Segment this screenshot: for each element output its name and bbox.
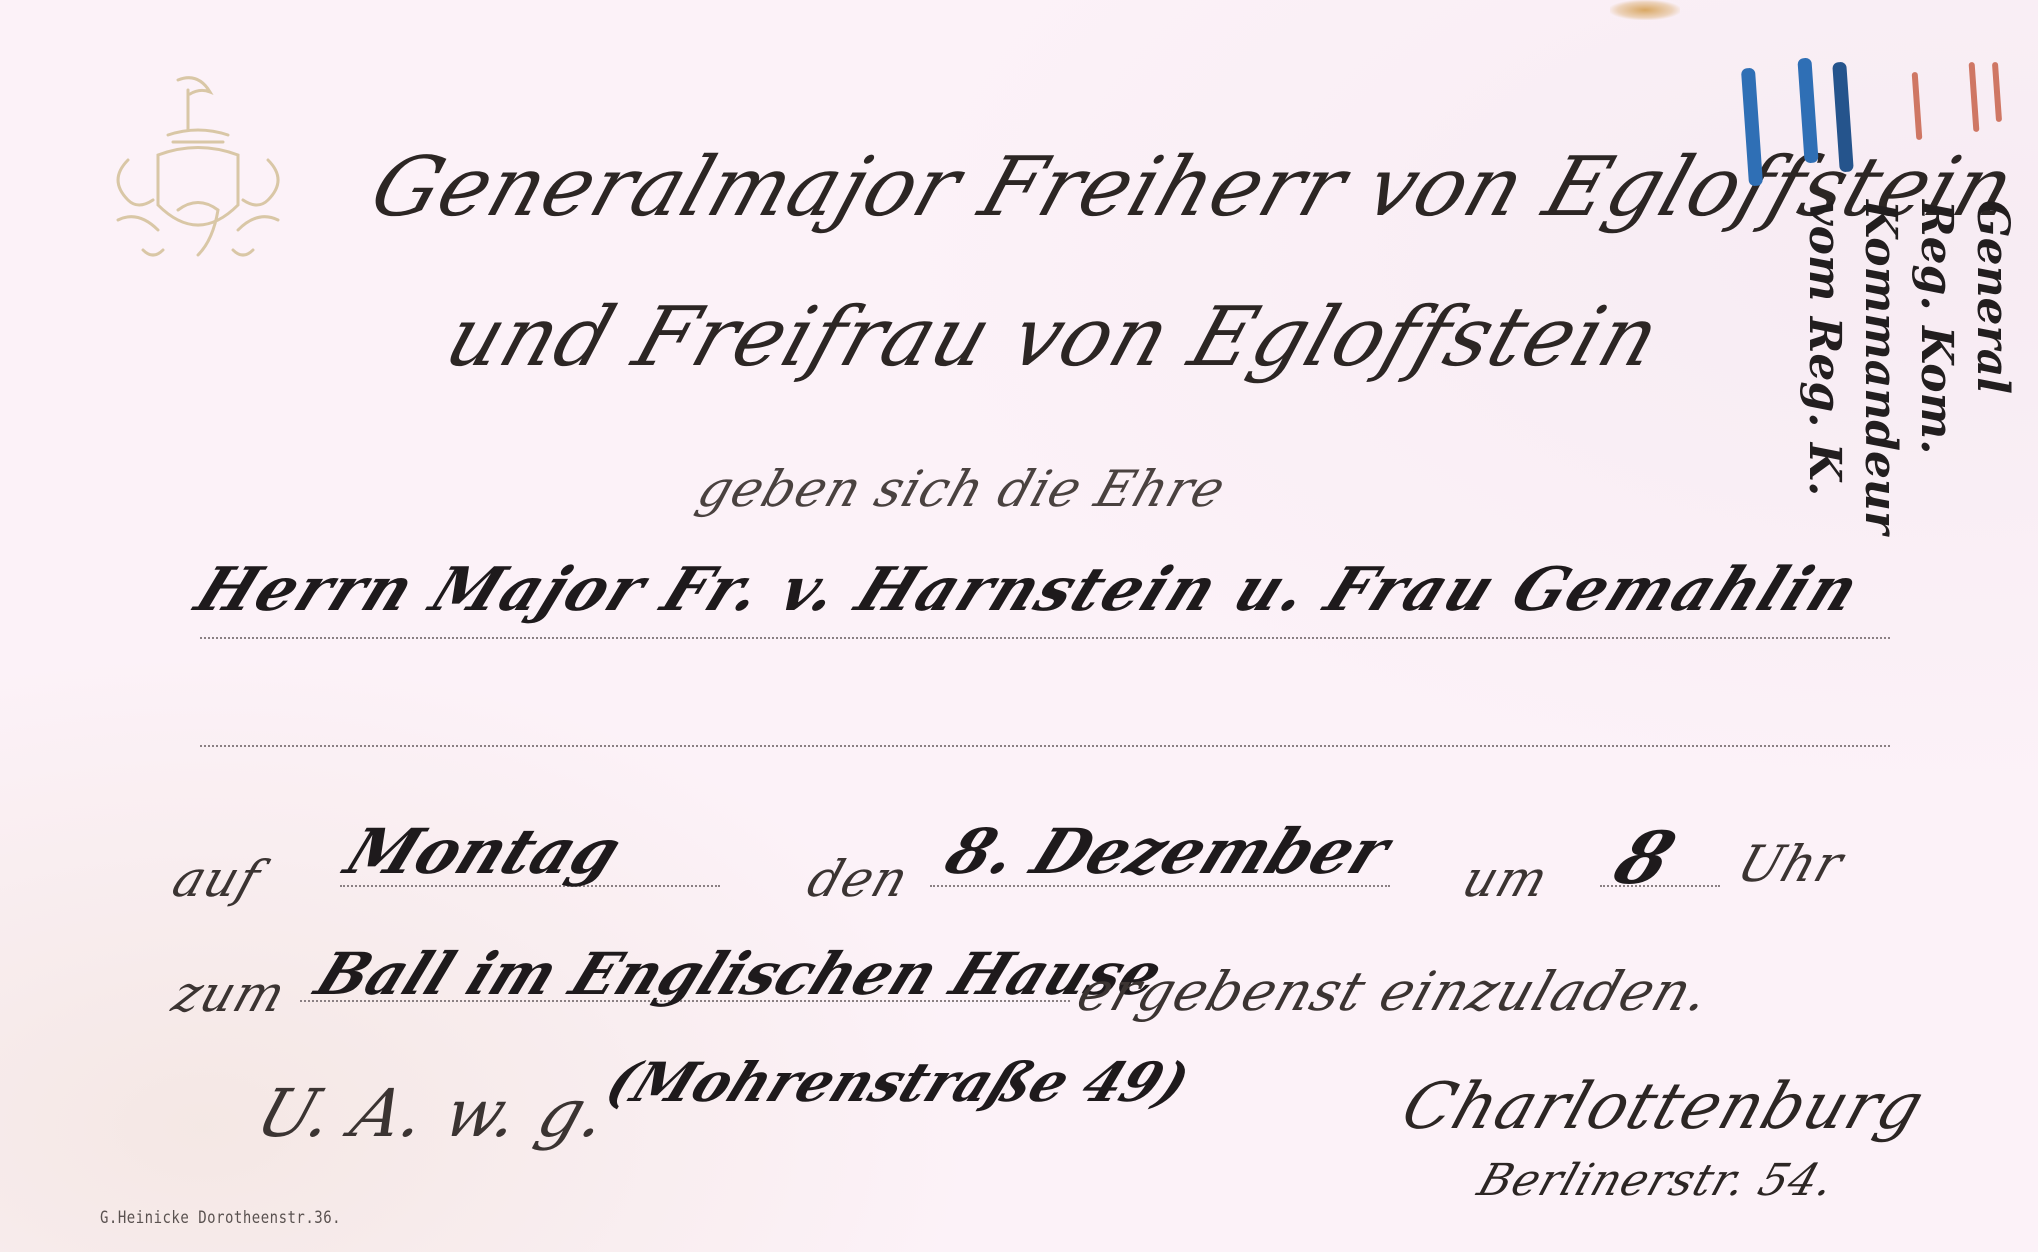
handwritten-time: 8 — [1603, 815, 1687, 900]
margin-note-line: vom Reg. K. — [1796, 200, 1852, 534]
handwritten-date: 8. Dezember — [935, 815, 1400, 888]
red-pencil-mark — [1969, 62, 1980, 132]
printer-imprint: G.Heinicke Dorotheenstr.36. — [100, 1208, 341, 1227]
addressee-dotted-line — [200, 637, 1890, 639]
blank-dotted-line — [200, 745, 1890, 747]
red-pencil-mark — [1992, 62, 2002, 122]
label-auf: auf — [166, 850, 268, 908]
rsvp-note: U. A. w. g. — [247, 1075, 618, 1152]
invitation-card: Generalmajor Freiherr von Egloffstein un… — [0, 0, 2038, 1252]
sender-city: Charlottenburg — [1393, 1070, 1933, 1144]
handwritten-addressee: Herrn Major Fr. v. Harnstein u. Frau Gem… — [186, 555, 1871, 625]
embossed-crest-icon — [88, 60, 308, 290]
handwritten-margin-note: General Reg. Kom. Kommandeur vom Reg. K. — [1796, 200, 2020, 534]
label-uhr: Uhr — [1731, 835, 1851, 893]
label-einzuladen: ergebenst einzuladen. — [1070, 960, 1719, 1023]
margin-note-line: Reg. Kom. — [1908, 200, 1964, 534]
sender-address: Berlinerstr. 54. — [1472, 1155, 1842, 1206]
handwritten-event: Ball im Englischen Hause — [306, 940, 1172, 1008]
label-um: um — [1456, 850, 1556, 908]
handwritten-venue-address: (Mohrenstraße 49) — [597, 1050, 1199, 1114]
label-zum: zum — [166, 965, 294, 1023]
paper-stain — [1610, 0, 1680, 20]
host-line-1: Generalmajor Freiherr von Egloffstein — [360, 140, 2027, 235]
red-pencil-mark — [1912, 72, 1923, 140]
label-den: den — [801, 850, 917, 908]
host-line-2: und Freifrau von Egloffstein — [435, 290, 1672, 385]
margin-note-line: Kommandeur — [1852, 200, 1908, 534]
honor-phrase: geben sich die Ehre — [691, 460, 1234, 518]
handwritten-weekday: Montag — [335, 815, 632, 888]
margin-note-line: General — [1964, 200, 2020, 534]
